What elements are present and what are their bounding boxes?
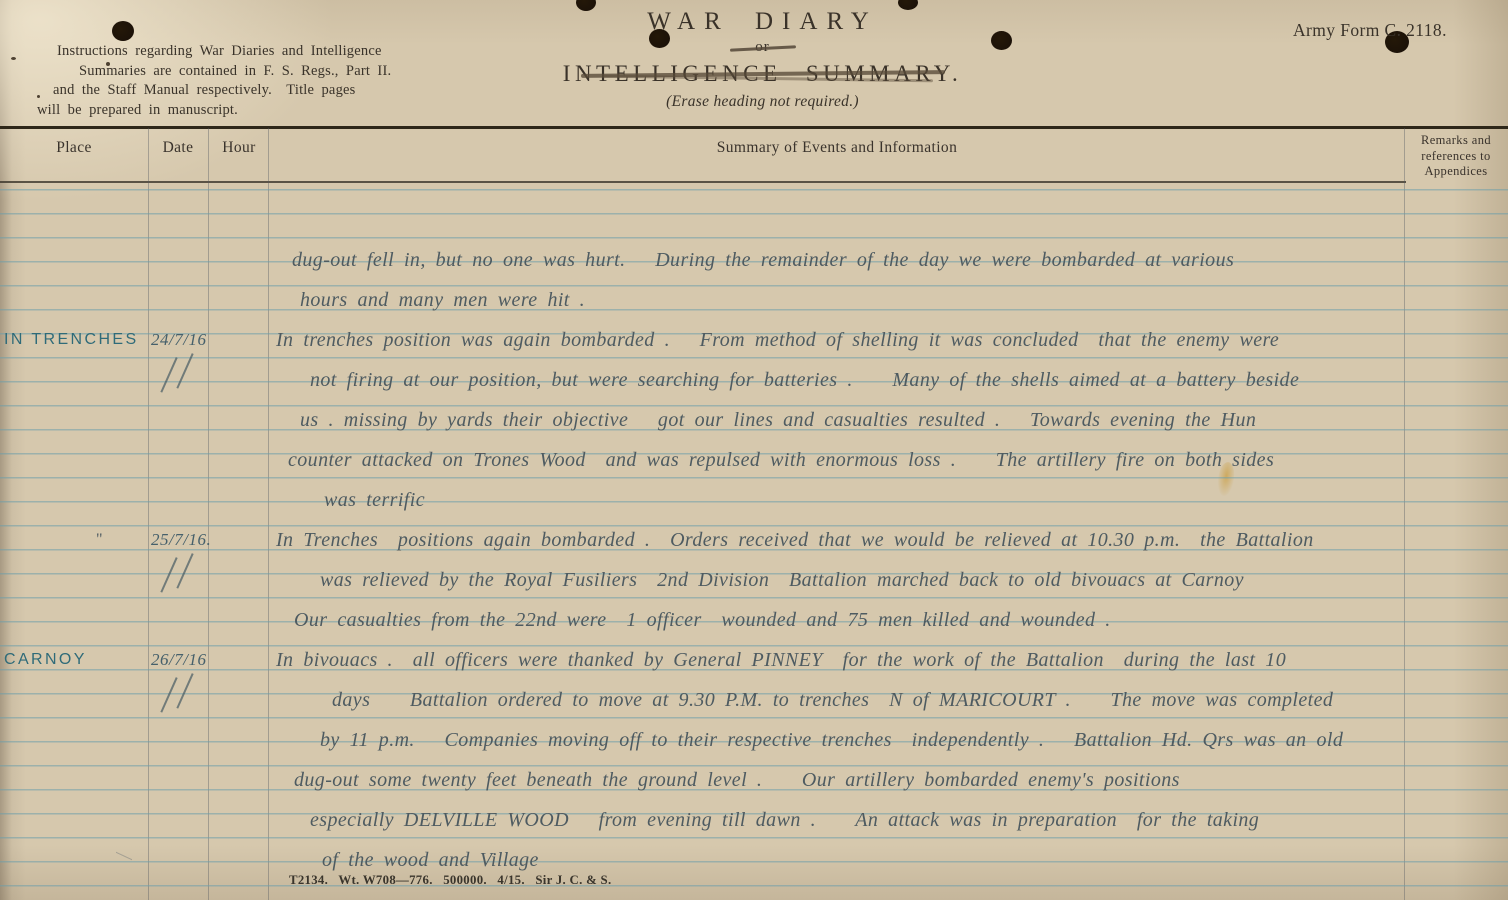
diary-entries: dug-out fell in, but no one was hurt. Du…: [0, 185, 1508, 880]
title-erase-note: (Erase heading not required.): [540, 93, 985, 111]
date-cell: [148, 240, 208, 320]
diary-line: was relieved by the Royal Fusiliers 2nd …: [276, 560, 1404, 600]
hour-cell: [208, 520, 270, 640]
column-header-date: Date: [148, 130, 208, 181]
diary-line: hours and many men were hit .: [276, 280, 1404, 320]
date-cell: 26/7/16: [148, 640, 208, 880]
summary-cell: In trenches position was again bombarded…: [270, 320, 1404, 520]
diary-line: was terrific: [276, 480, 1404, 520]
diary-line: In bivouacs . all officers were thanked …: [276, 640, 1404, 680]
paper-speck: [11, 57, 16, 60]
diary-entry: IN TRENCHES24/7/16In trenches position w…: [0, 320, 1508, 520]
diary-entry: CARNOY26/7/16In bivouacs . all officers …: [0, 640, 1508, 880]
form-instructions: Instructions regarding War Diaries and I…: [36, 42, 466, 120]
remarks-cell: [1404, 240, 1508, 320]
diary-line: In trenches position was again bombarded…: [276, 320, 1404, 360]
diary-line: days Battalion ordered to move at 9.30 P…: [276, 680, 1404, 720]
table-header-rule: [0, 181, 1406, 183]
place-cell: ": [0, 520, 148, 640]
army-form-number: Army Form C. 2118.: [1293, 20, 1447, 41]
summary-cell: In bivouacs . all officers were thanked …: [270, 640, 1404, 880]
remarks-cell: [1404, 640, 1508, 880]
title-intelligence-summary: INTELLIGENCE SUMMARY.: [540, 61, 985, 87]
diary-line: not firing at our position, but were sea…: [276, 360, 1404, 400]
table-header-row: Place Date Hour Summary of Events and In…: [0, 130, 1508, 181]
form-title-block: WAR DIARY or INTELLIGENCE SUMMARY. (Eras…: [540, 8, 985, 111]
hour-cell: [208, 640, 270, 880]
punch-hole: [112, 21, 134, 41]
print-code-footer: T2134. Wt. W708—776. 500000. 4/15. Sir J…: [289, 873, 611, 888]
column-header-summary: Summary of Events and Information: [270, 130, 1404, 181]
diary-line: dug-out fell in, but no one was hurt. Du…: [276, 240, 1404, 280]
remarks-cell: [1404, 520, 1508, 640]
diary-line: In Trenches positions again bombarded . …: [276, 520, 1404, 560]
instructions-line: Instructions regarding War Diaries and I…: [57, 42, 466, 62]
hour-cell: [208, 320, 270, 520]
diary-entry: dug-out fell in, but no one was hurt. Du…: [0, 240, 1508, 320]
date-cell: 24/7/16: [148, 320, 208, 520]
diary-line: counter attacked on Trones Wood and was …: [276, 440, 1404, 480]
punch-hole: [991, 31, 1012, 50]
date-cell: 25/7/16.: [148, 520, 208, 640]
column-header-hour: Hour: [208, 130, 270, 181]
diary-entry: "25/7/16.In Trenches positions again bom…: [0, 520, 1508, 640]
diary-line: us . missing by yards their objective go…: [276, 400, 1404, 440]
instructions-line: will be prepared in manuscript.: [37, 101, 466, 121]
war-diary-page: Instructions regarding War Diaries and I…: [0, 0, 1508, 900]
diary-line: by 11 p.m. Companies moving off to their…: [276, 720, 1404, 760]
summary-cell: In Trenches positions again bombarded . …: [270, 520, 1404, 640]
place-cell: CARNOY: [0, 640, 148, 880]
title-war-diary: WAR DIARY: [540, 8, 985, 36]
place-cell: [0, 240, 148, 320]
summary-cell: dug-out fell in, but no one was hurt. Du…: [270, 240, 1404, 320]
diary-line: Our casualties from the 22nd were 1 offi…: [276, 600, 1404, 640]
instructions-line: Summaries are contained in F. S. Regs., …: [79, 62, 466, 82]
column-header-place: Place: [0, 130, 148, 181]
column-header-remarks: Remarks and references to Appendices: [1404, 130, 1508, 181]
title-or: or: [540, 39, 985, 56]
table-top-rule: [0, 126, 1508, 129]
place-cell: IN TRENCHES: [0, 320, 148, 520]
remarks-cell: [1404, 320, 1508, 520]
instructions-line: and the Staff Manual respectively. Title…: [53, 81, 466, 101]
diary-line: dug-out some twenty feet beneath the gro…: [276, 760, 1404, 800]
hour-cell: [208, 240, 270, 320]
diary-line: especially DELVILLE WOOD from evening ti…: [276, 800, 1404, 840]
